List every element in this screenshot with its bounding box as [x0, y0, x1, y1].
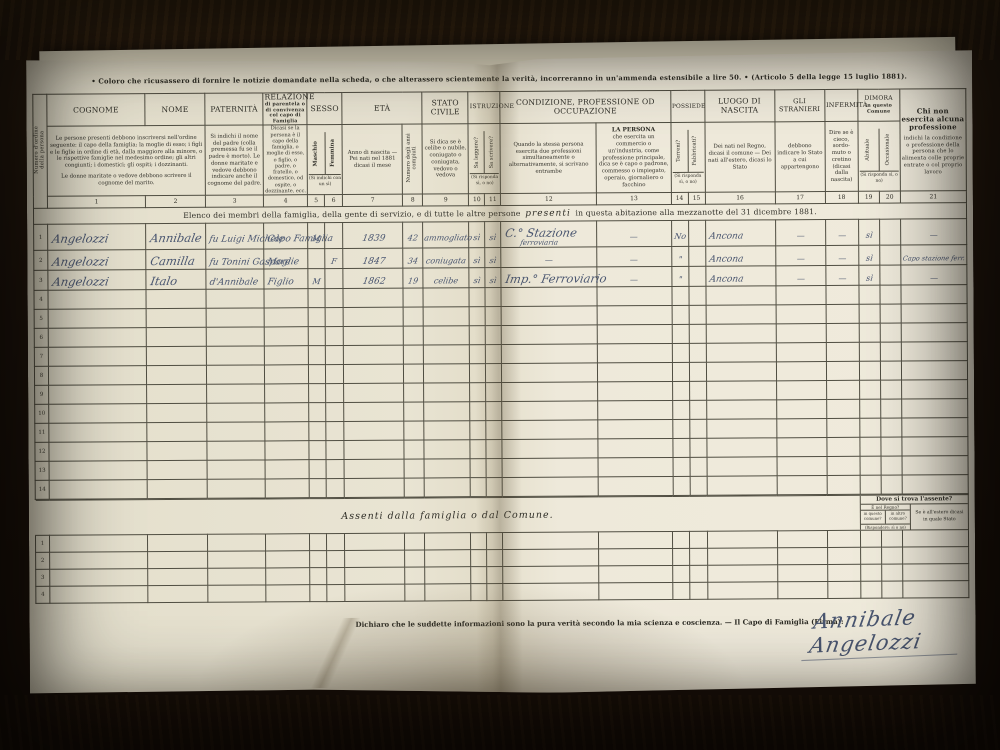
assenti-title: Assenti dalla famiglia o dal Comune.	[35, 495, 860, 535]
col-header-stato-civile: STATO CIVILE	[422, 92, 468, 125]
assenti-band: Assenti dalla famiglia o dal Comune. Dov…	[35, 495, 968, 536]
col-header-nome: NOME	[145, 93, 205, 126]
note-istruzione: Sa leggere? Sa scrivere? (Si risponda sì…	[468, 124, 500, 194]
head-of-family-signature: Annibale Angelozzi	[801, 603, 966, 661]
note-condizione-12: Quando la stessa persona esercita due pr…	[500, 123, 597, 193]
photo-background: • Coloro che ricusassero di fornire le n…	[0, 0, 1000, 750]
note-anno-nascita: Anno di nascita — Pei nati nel 1881 dica…	[342, 125, 402, 195]
note-cognome-nome: Le persone presenti debbono inscriversi …	[47, 126, 206, 197]
note-paternita: Si indichi il nome del padre (colla prem…	[205, 125, 263, 195]
penalty-notice: • Coloro che ricusassero di fornire le n…	[32, 72, 966, 86]
col-header-paternita: PATERNITÀ	[205, 93, 263, 126]
note-sesso: Maschio Femmina (Si indichi con un sì)	[307, 125, 342, 195]
absent-location-box: Dove si trova l'assente? È nel Regno? in…	[860, 495, 968, 531]
table-surface-streaks	[0, 695, 1000, 750]
census-table: Numero d'ordine della persona COGNOME NO…	[32, 88, 968, 500]
col-header-chi-non-esercita: Chi non esercita alcuna professione indi…	[900, 89, 967, 192]
col-header-stranieri: GLI STRANIERI	[774, 90, 824, 123]
note-possiede: Terreni? Fabbricati? (Si risponda sì, o …	[671, 123, 705, 193]
col-header-eta: ETÀ	[342, 92, 422, 125]
absent-persons-rows: 1234	[35, 530, 968, 604]
note-dimora: Abituale Occasionale (Si risponda sì, o …	[858, 121, 900, 191]
note-infermita: Dire se è cieco, sordo-muto o cretino (d…	[825, 122, 858, 192]
present-persons-rows: 1 Angelozzi Annibale fu Luigi Michele Ca…	[34, 219, 969, 500]
note-anni-compiuti: Numero degli anni compiuti	[402, 124, 422, 194]
col-header-infermita: INFERMITÀ	[824, 89, 857, 122]
census-sheet: • Coloro che ricusassero di fornire le n…	[26, 50, 976, 696]
note-stranieri: debbono indicare lo Stato a cui apparten…	[775, 122, 825, 192]
col-header-cognome: COGNOME	[47, 94, 145, 127]
col-header-possiede: POSSIEDE	[670, 90, 704, 123]
header-notes-row: Le persone presenti debbono inscriversi …	[33, 121, 966, 196]
col-header-luogo-nascita: LUOGO DI NASCITA	[704, 90, 774, 123]
col-header-condizione: CONDIZIONE, PROFESSIONE OD OCCUPAZIONE	[500, 90, 670, 123]
note-stato-civile: Si dica se è celibe o nubile, coniugato …	[422, 124, 468, 194]
declaration-block: Dichiaro che le suddette informazioni so…	[35, 608, 961, 674]
note-relazione: Dicasi se la persona è il capo della fam…	[263, 125, 307, 195]
declaration-text: Dichiaro che le suddette informazioni so…	[356, 617, 844, 629]
col-header-relazione: RELAZIONEdi parentela o di convivenza co…	[263, 93, 307, 126]
absent-table: Assenti dalla famiglia o dal Comune. Dov…	[35, 494, 970, 604]
col-header-istruzione: ISTRUZIONE	[468, 91, 500, 124]
col-header-numero: Numero d'ordine della persona	[33, 94, 48, 208]
note-luogo-nascita: Dei nati nel Regno, dicasi il comune — D…	[705, 122, 775, 192]
note-condizione-13: LA PERSONAche esercita un commercio o un…	[596, 123, 671, 193]
